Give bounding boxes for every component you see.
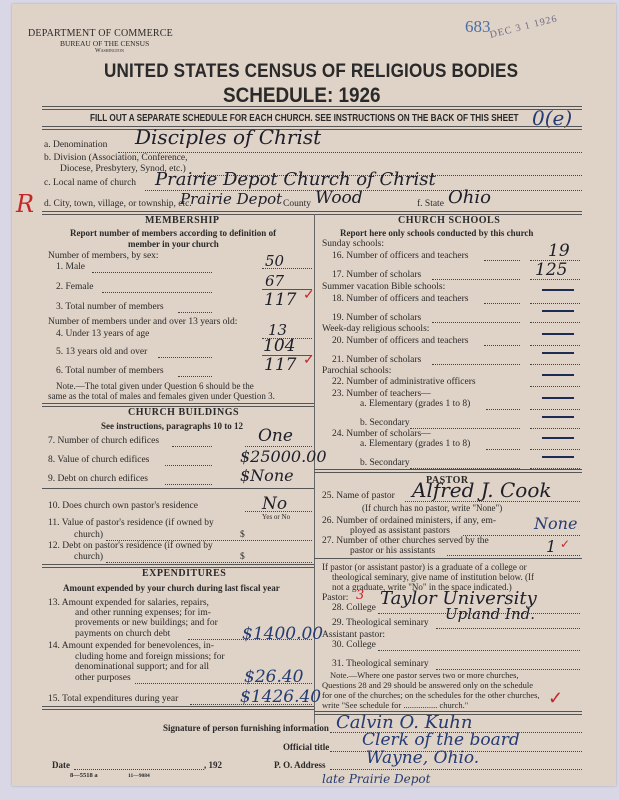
sunday-schools-label: Sunday schools: bbox=[322, 239, 384, 249]
dotted-line bbox=[530, 345, 580, 346]
dotted-line bbox=[486, 449, 520, 450]
divider bbox=[42, 211, 582, 215]
item15-value[interactable]: $1426.40 bbox=[240, 687, 321, 707]
male-label: 1. Male bbox=[56, 262, 85, 272]
item25-hint: (If church has no pastor, write "None") bbox=[362, 503, 502, 513]
expenditures-subheading: Amount expended by your church during la… bbox=[63, 583, 280, 593]
item15-label: 15. Total expenditures during year bbox=[48, 694, 178, 704]
fill-out-instruction: FILL OUT A SEPARATE SCHEDULE FOR EACH CH… bbox=[90, 113, 519, 124]
item26-label-2: ployed as assistant pastors bbox=[350, 526, 450, 536]
form-number: 8—5518 a bbox=[70, 772, 98, 779]
bureau-city: Washington bbox=[95, 48, 124, 54]
item22-value[interactable] bbox=[542, 374, 574, 376]
over-13-label: 5. 13 years old and over bbox=[56, 347, 147, 357]
division-label: b. Division (Association, Conference, bbox=[44, 153, 188, 163]
church-schools-subheading: Report here only schools conducted by th… bbox=[340, 228, 533, 238]
dotted-line bbox=[486, 409, 520, 410]
item22-label: 22. Number of administrative officers bbox=[332, 377, 476, 387]
edifices-debt-label: 9. Debt on church edifices bbox=[48, 474, 148, 484]
male-value[interactable]: 50 bbox=[265, 252, 284, 270]
item24a-label: a. Elementary (grades 1 to 8) bbox=[360, 439, 470, 449]
item23-label: 23. Number of teachers— bbox=[332, 389, 431, 399]
county-label: County bbox=[283, 199, 311, 209]
item17-value[interactable]: 125 bbox=[535, 260, 567, 280]
divider bbox=[314, 558, 582, 559]
dotted-line bbox=[484, 303, 520, 304]
members-by-sex-label: Number of members, by sex: bbox=[48, 251, 159, 261]
dotted-line bbox=[158, 357, 212, 358]
red-number-mark: 3 bbox=[356, 588, 364, 603]
item14-label-3: denominational support; and for all bbox=[75, 662, 209, 672]
item25-label: 25. Name of pastor bbox=[322, 491, 395, 501]
dotted-line bbox=[165, 484, 212, 485]
residence-debt-field[interactable]: $ bbox=[240, 552, 245, 562]
official-title-value[interactable]: Clerk of the board bbox=[362, 730, 520, 750]
po-address-label: P. O. Address bbox=[274, 760, 326, 770]
form-title: UNITED STATES CENSUS OF RELIGIOUS BODIES bbox=[104, 61, 518, 83]
item24a-value[interactable] bbox=[542, 437, 574, 439]
city-value[interactable]: Prairie Depot bbox=[180, 190, 282, 208]
item21-label: 21. Number of scholars bbox=[332, 355, 421, 365]
residence-value-field[interactable]: $ bbox=[240, 530, 245, 540]
item21-value[interactable] bbox=[542, 352, 574, 354]
education-note-2: theological seminary, give name of insti… bbox=[332, 572, 534, 582]
parochial-schools-label: Parochial schools: bbox=[322, 366, 391, 376]
item13-label-4: payments on church debt bbox=[75, 629, 170, 639]
serial-number: 683 bbox=[465, 17, 491, 37]
po-address-value[interactable]: Wayne, Ohio. bbox=[366, 748, 479, 768]
item16-label: 16. Number of officers and teachers bbox=[332, 251, 468, 261]
item23b-label: b. Secondary bbox=[360, 418, 410, 428]
state-label: f. State bbox=[417, 199, 444, 209]
dotted-line bbox=[432, 322, 520, 323]
divider bbox=[314, 469, 582, 473]
pastor-note-3: for one of the churches; on the schedule… bbox=[322, 690, 540, 700]
residence-value-label-2: church) bbox=[74, 530, 103, 540]
address-note: late Prairie Depot bbox=[322, 772, 430, 786]
item19-value[interactable] bbox=[542, 310, 574, 312]
item19-label: 19. Number of scholars bbox=[332, 313, 421, 323]
item14-label: 14. Amount expended for benevolences, in… bbox=[48, 641, 214, 651]
dotted-line bbox=[530, 364, 580, 365]
dotted-line bbox=[530, 428, 580, 429]
item27-label: 27. Number of other churches served by t… bbox=[322, 536, 489, 546]
item13-label: 13. Amount expended for salaries, repair… bbox=[48, 598, 209, 608]
residence-debt-label-2: church) bbox=[74, 552, 103, 562]
item18-value[interactable] bbox=[542, 289, 574, 291]
pastor-note-4: write "See schedule for ................… bbox=[322, 700, 468, 710]
edifices-value-label: 8. Value of church edifices bbox=[48, 455, 149, 465]
edifices-count-value[interactable]: One bbox=[258, 426, 293, 446]
total-members-label: 3. Total number of members bbox=[56, 302, 164, 312]
item14-value[interactable]: $26.40 bbox=[244, 667, 303, 687]
under-13-label: 4. Under 13 years of age bbox=[56, 329, 149, 339]
dotted-line bbox=[165, 465, 212, 466]
buildings-subheading: See instructions, paragraphs 10 to 12 bbox=[101, 421, 243, 431]
education-note: If pastor (or assistant pastor) is a gra… bbox=[322, 562, 527, 572]
dotted-line bbox=[178, 312, 212, 313]
pastor-note-2: Questions 28 and 29 should be answered o… bbox=[322, 680, 533, 690]
college-location-value[interactable]: Upland Ind. bbox=[445, 605, 535, 623]
item30-field[interactable] bbox=[378, 650, 580, 651]
local-name-label: c. Local name of church bbox=[44, 178, 136, 188]
signature-label: Signature of person furnishing informati… bbox=[163, 723, 329, 733]
edifices-value-value[interactable]: $25000.00 bbox=[240, 447, 327, 466]
item24b-label: b. Secondary bbox=[360, 458, 410, 468]
item24b-value[interactable] bbox=[542, 456, 574, 458]
dotted-line bbox=[530, 409, 580, 410]
membership-note-2: same as the total of males and females g… bbox=[48, 391, 275, 401]
item20-label: 20. Number of officers and teachers bbox=[332, 336, 468, 346]
item30-label: 30. College bbox=[332, 640, 376, 650]
pastor-name-value[interactable]: Alfred J. Cook bbox=[412, 478, 551, 502]
item26-value[interactable]: None bbox=[534, 514, 577, 533]
item13-label-3: provements or new buildings; and for bbox=[75, 618, 218, 628]
membership-note: Note.—The total given under Question 6 s… bbox=[56, 381, 254, 391]
item17-label: 17. Number of scholars bbox=[332, 270, 421, 280]
divider bbox=[42, 106, 582, 110]
check-mark-icon: ✓ bbox=[548, 688, 563, 709]
item29-field[interactable] bbox=[436, 628, 580, 629]
dotted-line bbox=[447, 555, 580, 556]
date-label: Date bbox=[52, 760, 70, 770]
item13-value[interactable]: $1400.00 bbox=[242, 624, 323, 644]
membership-subheading-2: member in your church bbox=[128, 239, 219, 249]
dotted-line bbox=[102, 292, 212, 293]
female-value[interactable]: 67 bbox=[265, 272, 284, 290]
dotted-line bbox=[178, 376, 212, 377]
dotted-line bbox=[106, 562, 312, 563]
assistant-pastor-label: Assistant pastor: bbox=[322, 630, 385, 640]
official-title-label: Official title bbox=[283, 742, 329, 752]
dotted-line bbox=[484, 260, 520, 261]
over-13-value[interactable]: 104 bbox=[263, 336, 295, 356]
item20-value[interactable] bbox=[542, 333, 574, 335]
dotted-line bbox=[530, 386, 580, 387]
age-group-label: Number of members under and over 13 year… bbox=[48, 317, 237, 327]
residence-value-label: 11. Value of pastor's residence (if owne… bbox=[48, 518, 214, 528]
item23a-label: a. Elementary (grades 1 to 8) bbox=[360, 399, 470, 409]
item28-label: 28. College bbox=[332, 603, 376, 613]
print-number: 11—9084 bbox=[128, 773, 150, 779]
dotted-line bbox=[484, 345, 520, 346]
denomination-value[interactable]: Disciples of Christ bbox=[135, 125, 321, 149]
schedule-title: SCHEDULE: 1926 bbox=[223, 84, 381, 108]
department-name: DEPARTMENT OF COMMERCE bbox=[28, 28, 173, 39]
item16-value[interactable]: 19 bbox=[548, 241, 570, 261]
summer-schools-label: Summer vacation Bible schools: bbox=[322, 282, 445, 292]
divider bbox=[42, 706, 314, 710]
total-members-2-label: 6. Total number of members bbox=[56, 366, 164, 376]
dotted-line bbox=[92, 272, 212, 273]
edifices-count-label: 7. Number of church edifices bbox=[48, 436, 159, 446]
buildings-heading: CHURCH BUILDINGS bbox=[128, 407, 239, 418]
divider bbox=[42, 488, 314, 489]
item24-label: 24. Number of scholars— bbox=[332, 429, 431, 439]
item29-label: 29. Theological seminary bbox=[332, 618, 429, 628]
red-r-mark: R bbox=[16, 190, 34, 218]
pastor-education-label: Pastor: bbox=[322, 593, 348, 603]
item31-label: 31. Theological seminary bbox=[332, 659, 429, 669]
residence-debt-label: 12. Debt on pastor's residence (if owned… bbox=[48, 541, 213, 551]
edifices-debt-value[interactable]: $None bbox=[240, 466, 294, 485]
item13-label-2: and other running expenses; for im- bbox=[75, 608, 211, 618]
membership-subheading: Report number of members according to de… bbox=[70, 228, 276, 238]
dotted-line bbox=[530, 449, 580, 450]
item14-label-4: other purposes bbox=[75, 673, 131, 683]
county-value[interactable]: Wood bbox=[315, 188, 363, 208]
date-field[interactable] bbox=[74, 769, 204, 770]
check-mark-icon: ✓ bbox=[560, 537, 570, 552]
state-value[interactable]: Ohio bbox=[448, 187, 491, 208]
owns-residence-value[interactable]: No bbox=[262, 494, 287, 514]
item27-label-2: pastor or his assistants bbox=[350, 546, 435, 556]
item23a-value[interactable] bbox=[542, 397, 574, 399]
owns-residence-label: 10. Does church own pastor's residence bbox=[48, 501, 198, 511]
expenditures-heading: EXPENDITURES bbox=[142, 568, 226, 579]
pastor-note: Note.—Where one pastor serves two or mor… bbox=[330, 670, 519, 680]
total-members-2-value[interactable]: 117 bbox=[264, 355, 296, 375]
item27-value[interactable]: 1 bbox=[546, 537, 556, 556]
item14-label-2: cluding home and foreign missions; for bbox=[75, 652, 225, 662]
dotted-line bbox=[172, 446, 212, 447]
local-name-value[interactable]: Prairie Depot Church of Christ bbox=[155, 169, 436, 190]
church-schools-heading: CHURCH SCHOOLS bbox=[398, 215, 500, 226]
membership-heading: MEMBERSHIP bbox=[145, 215, 219, 226]
check-mark-icon: ✓ bbox=[303, 352, 315, 369]
denomination-label: a. Denomination bbox=[44, 140, 107, 150]
bureau-name: BUREAU OF THE CENSUS bbox=[60, 39, 149, 48]
female-label: 2. Female bbox=[56, 282, 93, 292]
item23b-value[interactable] bbox=[542, 416, 574, 418]
dotted-line bbox=[530, 303, 580, 304]
dotted-line bbox=[330, 769, 582, 770]
dotted-line bbox=[432, 279, 520, 280]
check-mark-icon: ✓ bbox=[303, 287, 315, 304]
city-label: d. City, town, village, or township, etc… bbox=[44, 199, 192, 209]
weekday-schools-label: Week-day religious schools: bbox=[322, 324, 429, 334]
dotted-line bbox=[432, 364, 520, 365]
date-year: , 192 bbox=[204, 760, 222, 770]
item18-label: 18. Number of officers and teachers bbox=[332, 294, 468, 304]
dotted-line bbox=[530, 322, 580, 323]
yes-no-hint: Yes or No bbox=[262, 513, 290, 521]
item26-label: 26. Number of ordained ministers, if any… bbox=[322, 516, 496, 526]
total-members-value[interactable]: 117 bbox=[264, 290, 296, 310]
